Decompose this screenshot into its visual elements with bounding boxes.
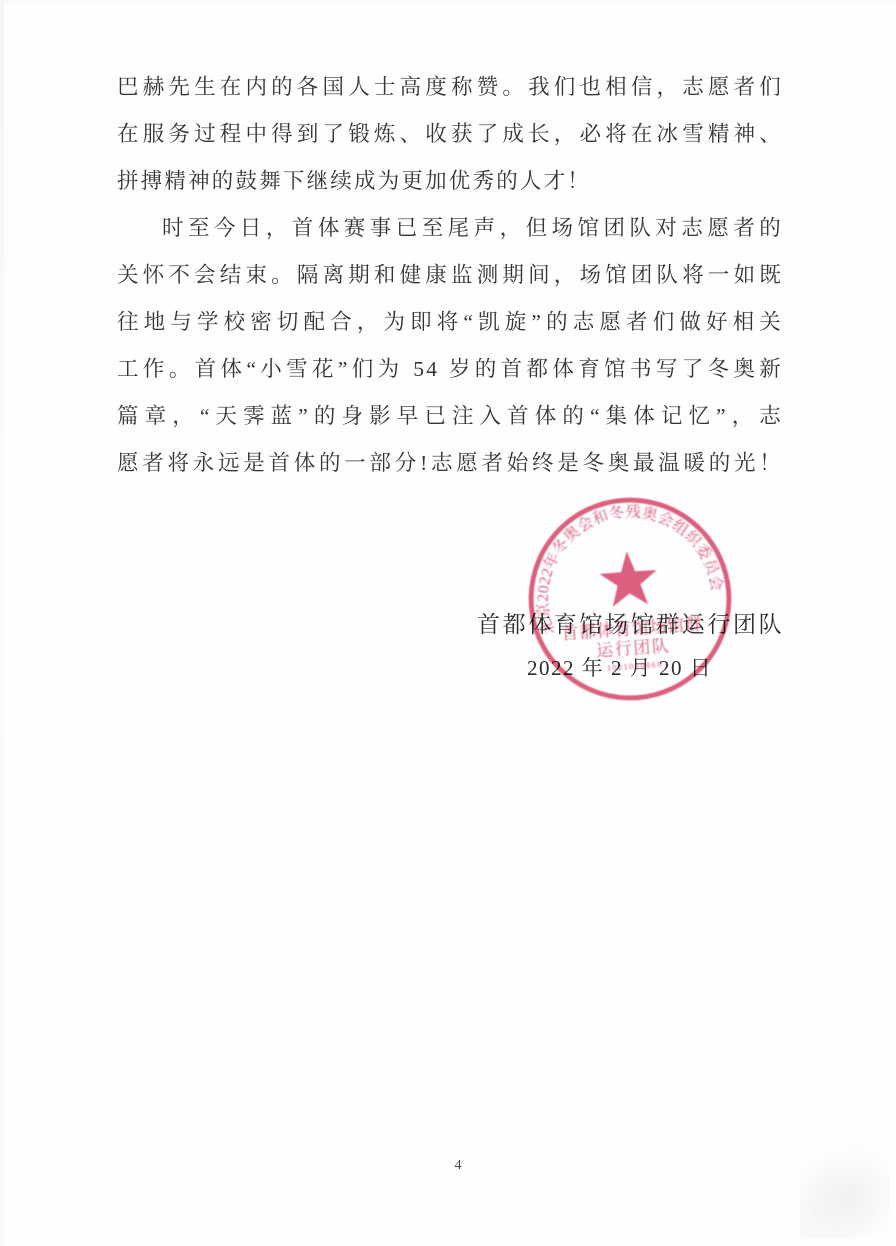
body-line: 往地与学校密切配合，为即将“凯旋”的志愿者们做好相关 — [117, 299, 783, 346]
seal-group: 北京2022年冬奥会和冬残奥会组织委员会 首都体育馆场馆群 运行团队 10210… — [524, 493, 735, 704]
seal-inner-text-2: 运行团队 — [596, 636, 671, 660]
body-line: 关怀不会结束。隔离期和健康监测期间，场馆团队将一如既 — [117, 252, 783, 299]
document-page: 巴赫先生在内的各国人士高度称赞。我们也相信，志愿者们 在服务过程中得到了锻炼、收… — [0, 0, 896, 1246]
scan-artifact-left-edge — [0, 0, 4, 1246]
body-line: 在服务过程中得到了锻炼、收获了成长，必将在冰雪精神、 — [117, 111, 783, 158]
body-line: 拼搏精神的鼓舞下继续成为更加优秀的人才！ — [117, 158, 783, 205]
scan-artifact-smudge — [800, 1128, 890, 1238]
body-line: 工作。首体“小雪花”们为 54 岁的首都体育馆书写了冬奥新 — [117, 346, 783, 393]
scan-artifact-top-edge — [0, 0, 896, 3]
seal-star-icon — [598, 549, 659, 607]
seal-ring — [524, 493, 735, 704]
body-line: 篇章，“天霁蓝”的身影早已注入首体的“集体记忆”，志 — [117, 393, 783, 440]
letter-body: 巴赫先生在内的各国人士高度称赞。我们也相信，志愿者们 在服务过程中得到了锻炼、收… — [117, 64, 783, 487]
body-line: 愿者将永远是首体的一部分!志愿者始终是冬奥最温暖的光！ — [117, 440, 783, 487]
body-line: 时至今日，首体赛事已至尾声，但场馆团队对志愿者的 — [117, 205, 783, 252]
body-line: 巴赫先生在内的各国人士高度称赞。我们也相信，志愿者们 — [117, 64, 783, 111]
page-number: 4 — [428, 1158, 488, 1174]
official-seal: 北京2022年冬奥会和冬残奥会组织委员会 首都体育馆场馆群 运行团队 10210… — [517, 486, 743, 712]
seal-serial-number: 1021000868 — [606, 660, 663, 673]
